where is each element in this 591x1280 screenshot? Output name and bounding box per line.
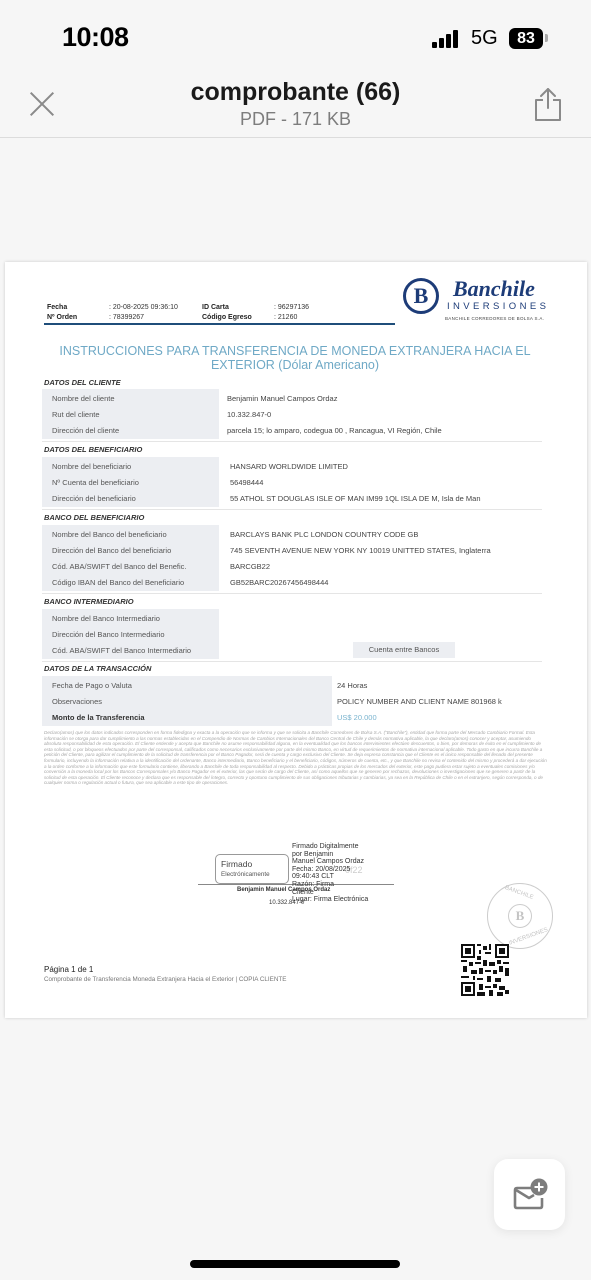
stamp-line-2: Electrónicamente — [221, 871, 270, 878]
table-row: Cód. ABA/SWIFT del Banco del Benefic.BAR… — [42, 558, 542, 574]
section-cliente-heading: DATOS DEL CLIENTE — [44, 378, 121, 387]
signed-stamp: Firmado Electrónicamente — [215, 854, 289, 884]
mail-add-icon — [512, 1177, 548, 1211]
orden-label: Nº Orden — [47, 314, 77, 321]
section-cliente: Nombre del clienteBenjamin Manuel Campos… — [42, 389, 542, 439]
page-number: Página 1 de 1 — [44, 965, 93, 974]
title-line-1: INSTRUCCIONES PARA TRANSFERENCIA DE MONE… — [35, 344, 555, 358]
title-line-2: EXTERIOR (Dólar Americano) — [35, 358, 555, 372]
section-transaccion: Fecha de Pago o Valuta24 Horas Observaci… — [42, 676, 542, 726]
divider — [42, 509, 542, 510]
file-title: comprobante (66) — [0, 78, 591, 107]
cuenta-entre-bancos: Cuenta entre Bancos — [353, 642, 455, 658]
pdf-page[interactable]: Fecha : 20-08-2025 09:36:10 ID Carta : 9… — [5, 262, 587, 1018]
logo-mark: B — [403, 278, 439, 314]
table-row: Nº Cuenta del beneficiario56498444 — [42, 474, 542, 490]
section-banco-intermediario-heading: BANCO INTERMEDIARIO — [44, 597, 134, 606]
id-carta-label: ID Carta — [202, 304, 229, 311]
seal-mark: B — [508, 904, 532, 928]
section-beneficiario: Nombre del beneficiarioHANSARD WORLDWIDE… — [42, 457, 542, 507]
network-type: 5G — [471, 27, 498, 50]
battery-icon: 83 — [509, 28, 543, 49]
stamp-line-1: Firmado — [221, 859, 252, 869]
seal-top-text: BANCHILE — [504, 885, 534, 901]
table-row: Código IBAN del Banco del BeneficiarioGB… — [42, 574, 542, 590]
table-row: Dirección del clienteparcela 15; lo ampa… — [42, 422, 542, 438]
table-row: Fecha de Pago o Valuta24 Horas — [42, 677, 542, 693]
divider — [42, 441, 542, 442]
file-meta: PDF - 171 KB — [0, 109, 591, 130]
codigo-egreso-label: Código Egreso — [202, 314, 252, 321]
legal-disclaimer: Declaro(amos) que los datos indicados co… — [44, 730, 549, 786]
section-beneficiario-heading: DATOS DEL BENEFICIARIO — [44, 445, 142, 454]
banchile-logo: B Banchile INVERSIONES BANCHILE CORREDOR… — [403, 276, 553, 328]
fecha-label: Fecha — [47, 304, 67, 311]
digital-signature-info: Firmado Digitalmente por Benjamin Manuel… — [292, 843, 392, 904]
id-carta-value: : 96297136 — [274, 304, 309, 311]
header-divider — [44, 323, 395, 325]
battery-nub — [545, 34, 548, 42]
table-row: Nombre del Banco Intermediario — [42, 610, 542, 626]
table-row: Dirección del Banco del beneficiario745 … — [42, 542, 542, 558]
divider — [42, 661, 542, 662]
table-row: Dirección del beneficiario55 ATHOL ST DO… — [42, 490, 542, 506]
qr-code-icon[interactable] — [461, 944, 509, 996]
table-row: Dirección del Banco Intermediario — [42, 626, 542, 642]
section-banco-beneficiario: Nombre del Banco del beneficiarioBARCLAY… — [42, 525, 542, 591]
status-bar: 10:08 5G 83 — [0, 0, 591, 70]
table-row: Cód. ABA/SWIFT del Banco Intermediario — [42, 642, 542, 658]
clock: 10:08 — [62, 22, 129, 53]
table-row: Nombre del beneficiarioHANSARD WORLDWIDE… — [42, 458, 542, 474]
seal-bottom-text: INVERSIONES — [508, 927, 549, 947]
signer-name: Benjamin Manuel Campos Ordaz — [237, 887, 330, 893]
section-banco-intermediario: Nombre del Banco Intermediario Dirección… — [42, 609, 542, 659]
share-icon[interactable] — [532, 86, 564, 122]
signal-icon — [432, 30, 464, 48]
document-header: Fecha : 20-08-2025 09:36:10 ID Carta : 9… — [47, 304, 407, 324]
signer-rut: 10.332.847-0 — [269, 900, 304, 906]
table-row: Nombre del Banco del beneficiarioBARCLAY… — [42, 526, 542, 542]
logo-tagline: BANCHILE CORREDORES DE BOLSA S.A. — [445, 316, 544, 321]
table-row: Nombre del clienteBenjamin Manuel Campos… — [42, 390, 542, 406]
divider — [42, 593, 542, 594]
table-row: ObservacionesPOLICY NUMBER AND CLIENT NA… — [42, 693, 542, 709]
orden-value: : 78399267 — [109, 314, 144, 321]
document-footer: Comprobante de Transferencia Moneda Extr… — [44, 976, 286, 983]
logo-name: Banchile — [453, 276, 535, 302]
table-row: Monto de la TransferenciaUS$ 20.000 — [42, 709, 542, 725]
transfer-amount: US$ 20.000 — [337, 713, 377, 722]
table-row: Rut del cliente10.332.847-0 — [42, 406, 542, 422]
logo-sub: INVERSIONES — [447, 301, 549, 312]
nav-bar: comprobante (66) PDF - 171 KB — [0, 70, 591, 138]
home-indicator[interactable] — [190, 1260, 400, 1268]
section-banco-beneficiario-heading: BANCO DEL BENEFICIARIO — [44, 513, 144, 522]
section-transaccion-heading: DATOS DE LA TRANSACCIÓN — [44, 664, 151, 673]
banchile-seal-icon: BANCHILE B INVERSIONES — [487, 883, 553, 949]
fecha-value: : 20-08-2025 09:36:10 — [109, 304, 178, 311]
add-to-mail-button[interactable] — [494, 1159, 565, 1230]
document-title: INSTRUCCIONES PARA TRANSFERENCIA DE MONE… — [35, 344, 555, 372]
codigo-egreso-value: : 21260 — [274, 314, 297, 321]
